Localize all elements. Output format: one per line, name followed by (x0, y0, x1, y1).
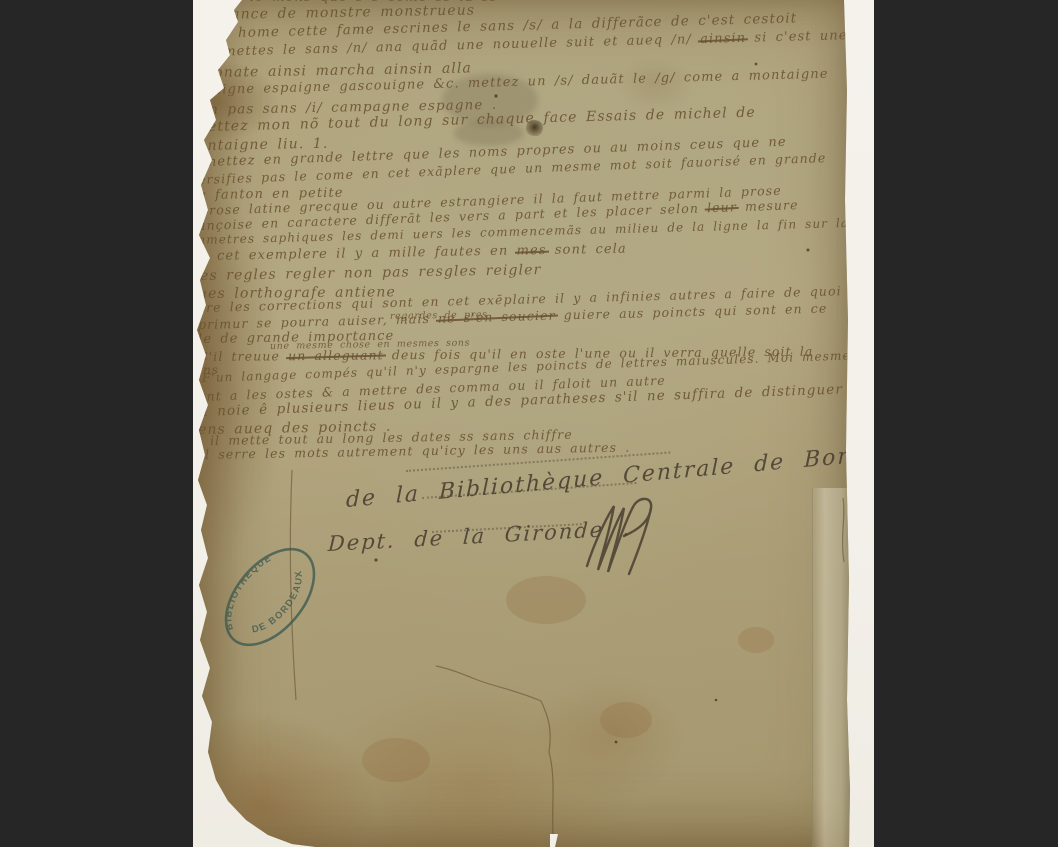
manuscript-line: es regles regler non pas resgles reigler (200, 262, 542, 284)
library-stamp: BIBLIOTHEQUE DE BORDEAUX (205, 528, 335, 666)
paper-repair-strip (812, 488, 851, 847)
screenshot-root: { "frame": { "background": "#262626", "s… (0, 0, 1058, 847)
manuscript-page: le mons que s s come ss la sserance de m… (196, 0, 852, 847)
signature-flourish (581, 494, 671, 578)
